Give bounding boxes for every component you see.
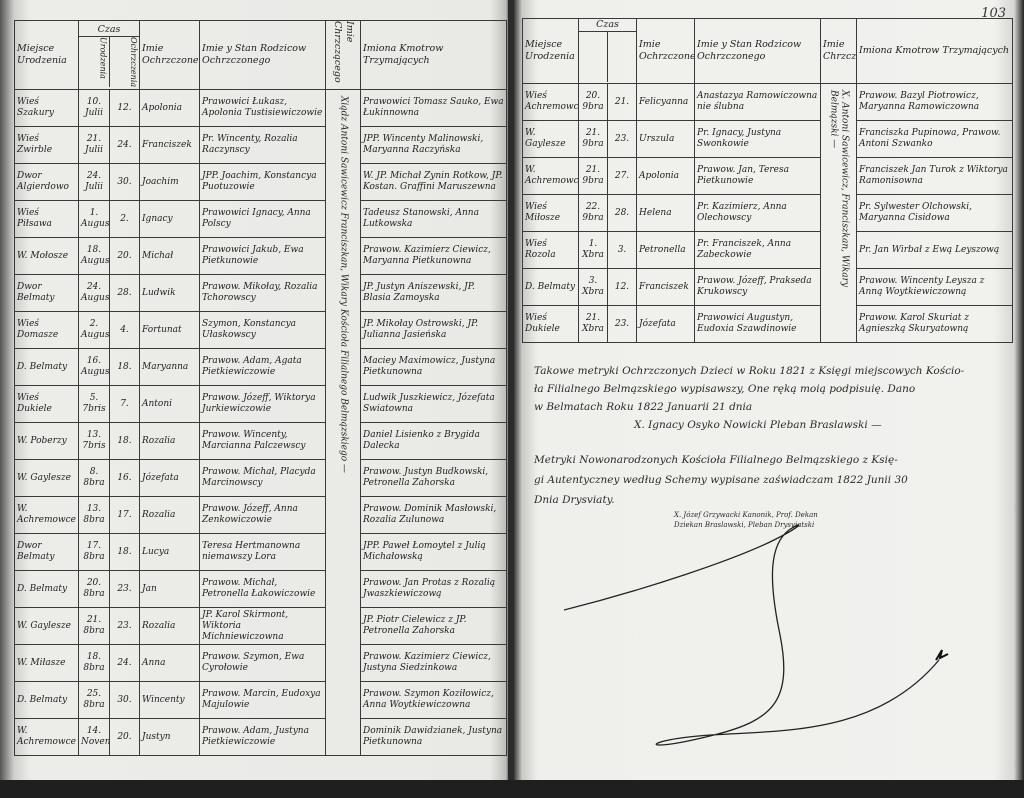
godparents-cell: Pr. Sylwester Olchowski, Maryanna Cisido…: [857, 195, 1013, 232]
child-name-cell: Rozalia: [140, 608, 200, 645]
table-row: W. Achremowce13. 8bra17.RozaliaPrawow. J…: [15, 497, 507, 534]
parents-cell: Pr. Franciszek, Anna Zabeckowie: [695, 232, 821, 269]
child-name-cell: Helena: [637, 195, 695, 232]
child-name-cell: Franciszek: [637, 269, 695, 306]
child-name-cell: Petronella: [637, 232, 695, 269]
child-name-cell: Rozalia: [140, 497, 200, 534]
table-row: D. Belmaty20. 8bra23.JanPrawow. Michał, …: [15, 571, 507, 608]
col-godparents-header: Imiona Kmotrow Trzymających: [857, 19, 1013, 84]
table-row: Wieś Domasze2. Augusta4.FortunatSzymon, …: [15, 312, 507, 349]
table-row: W. Gaylesze21. 9bra23.UrszulaPr. Ignacy,…: [523, 121, 1013, 158]
col-godparents-header: Imiona Kmotrow Trzymających: [361, 21, 507, 90]
birth-date-cell: 18. 8bra: [79, 645, 110, 682]
col-child-header: Imie Ochrzczonego: [637, 19, 695, 84]
place-cell: D. Belmaty: [15, 571, 79, 608]
place-cell: W. Poberzy: [15, 423, 79, 460]
child-name-cell: Felicyanna: [637, 84, 695, 121]
child-name-cell: Justyn: [140, 719, 200, 756]
revision-note: Metryki Nowonarodzonych Kościoła Filialn…: [534, 450, 1019, 530]
child-name-cell: Michał: [140, 238, 200, 275]
baptism-date-cell: 23.: [608, 306, 637, 343]
time-label: Czas: [579, 19, 636, 32]
col-parents-header: Imie y Stan Rodzicow Ochrzczonego: [200, 21, 326, 90]
godparents-cell: Prawow. Kazimierz Ciewicz, Justyna Siedz…: [361, 645, 507, 682]
parents-cell: Prawow. Adam, Justyna Pietkiewiczowie: [200, 719, 326, 756]
col-baptizer-header: Imie Chrzczącego: [821, 19, 857, 84]
place-cell: D. Belmaty: [15, 349, 79, 386]
birth-date-cell: 3. Xbra: [579, 269, 608, 306]
birth-date-cell: 13. 8bra: [79, 497, 110, 534]
parents-cell: Prawow. Marcin, Eudoxya Majulowie: [200, 682, 326, 719]
child-name-cell: Lucya: [140, 534, 200, 571]
parents-cell: Prawow. Adam, Agata Pietkiewiczowie: [200, 349, 326, 386]
birth-date-cell: 21. 9bra: [579, 158, 608, 195]
child-name-cell: Jan: [140, 571, 200, 608]
birth-date-cell: 21. 9bra: [579, 121, 608, 158]
col-time-header: Czas Urodzenia Ochrzczenia: [79, 21, 140, 90]
place-cell: W. Gaylesze: [523, 121, 579, 158]
child-name-cell: Joachim: [140, 164, 200, 201]
birth-date-cell: 5. 7bris: [79, 386, 110, 423]
baptism-date-cell: 2.: [110, 201, 140, 238]
godparents-cell: Maciey Maximowicz, Justyna Pietkunowna: [361, 349, 507, 386]
parents-cell: Anastazya Ramowiczowna nie ślubna: [695, 84, 821, 121]
birth-date-cell: 13. 7bris: [79, 423, 110, 460]
child-name-cell: Józefata: [140, 460, 200, 497]
baptism-date-cell: 24.: [110, 127, 140, 164]
parents-cell: JP. Karol Skirmont, Wiktoria Michniewicz…: [200, 608, 326, 645]
child-name-cell: Wincenty: [140, 682, 200, 719]
place-cell: Dwor Belmaty: [15, 275, 79, 312]
birth-date-cell: 10. Julii: [79, 90, 110, 127]
godparents-cell: JP. Justyn Aniszewski, JP. Blasia Zamoys…: [361, 275, 507, 312]
header-row: Miejsce Urodzenia Czas Urodzenia Ochrzcz…: [15, 21, 507, 90]
parents-cell: Prawow. Szymon, Ewa Cyrołowie: [200, 645, 326, 682]
godparents-cell: Daniel Lisienko z Brygida Dalecka: [361, 423, 507, 460]
place-cell: Wieś Zwirble: [15, 127, 79, 164]
parents-cell: Prawow. Józeff, Anna Zenkowiczowie: [200, 497, 326, 534]
table-row: W. Achremowce21. 9bra27.ApoloniaPrawow. …: [523, 158, 1013, 195]
parents-cell: Prawow. Józeff, Wiktorya Jurkiewiczowie: [200, 386, 326, 423]
table-row: Dwor Algierdowo24. Julii30.JoachimJPP. J…: [15, 164, 507, 201]
baptism-date-cell: 27.: [608, 158, 637, 195]
child-name-cell: Franciszek: [140, 127, 200, 164]
certification-note: Takowe metryki Ochrzczonych Dzieci w Rok…: [534, 362, 1014, 434]
place-cell: Wieś Domasze: [15, 312, 79, 349]
table-row: Wieś Achremowce20. 9bra21.FelicyannaAnas…: [523, 84, 1013, 121]
godparents-cell: JPP. Wincenty Malinowski, Maryanna Raczy…: [361, 127, 507, 164]
baptism-date-cell: 23.: [110, 571, 140, 608]
child-name-cell: Fortunat: [140, 312, 200, 349]
birth-date-cell: 16. Augusta: [79, 349, 110, 386]
parents-cell: Pr. Wincenty, Rozalia Raczynscy: [200, 127, 326, 164]
table-row: Wieś Zwirble21. Julii24.FranciszekPr. Wi…: [15, 127, 507, 164]
place-cell: Wieś Szakury: [15, 90, 79, 127]
cert-signature: X. Ignacy Osyko Nowicki Pleban Braslawsk…: [534, 416, 1014, 434]
cert-line: ła Filialnego Belmązskiego wypisawszy, O…: [534, 380, 1014, 398]
baptism-label: Ochrzczenia: [110, 37, 140, 87]
place-cell: D. Belmaty: [15, 682, 79, 719]
left-page: Miejsce Urodzenia Czas Urodzenia Ochrzcz…: [0, 0, 510, 798]
col-time-header: Czas: [579, 19, 637, 84]
col-parents-header: Imie y Stan Rodzicow Ochrzczonego: [695, 19, 821, 84]
godparents-cell: Franciszek Jan Turok z Wiktorya Ramoniso…: [857, 158, 1013, 195]
baptism-date-cell: 7.: [110, 386, 140, 423]
table-row: Wieś Dukiele5. 7bris7.AntoniPrawow. Józe…: [15, 386, 507, 423]
parents-cell: Teresa Hertmanowna niemawszy Lora: [200, 534, 326, 571]
birth-date-cell: 21. Julii: [79, 127, 110, 164]
place-cell: Dwor Belmaty: [15, 534, 79, 571]
left-register-body: Wieś Szakury10. Julii12.ApoloniaPrawowic…: [15, 90, 507, 756]
table-row: Wieś Rozola1. Xbra3.PetronellaPr. Franci…: [523, 232, 1013, 269]
table-row: Wieś Miłosze22. 9bra28.HelenaPr. Kazimie…: [523, 195, 1013, 232]
child-name-cell: Apolonia: [140, 90, 200, 127]
place-cell: W. Gaylesze: [15, 460, 79, 497]
baptism-date-cell: 12.: [110, 90, 140, 127]
godparents-cell: Prawow. Justyn Budkowski, Petronella Zah…: [361, 460, 507, 497]
header-row: Miejsce Urodzenia Czas Imie Ochrzczonego…: [523, 19, 1013, 84]
child-name-cell: Ignacy: [140, 201, 200, 238]
revision-line: Metryki Nowonarodzonych Kościoła Filialn…: [534, 450, 1019, 470]
table-row: Wieś Dukiele21. Xbra23.JózefataPrawowici…: [523, 306, 1013, 343]
godparents-cell: Prawow. Szymon Koziłowicz, Anna Woytkiew…: [361, 682, 507, 719]
col-place-header: Miejsce Urodzenia: [523, 19, 579, 84]
godparents-cell: Ludwik Juszkiewicz, Józefata Swiatowna: [361, 386, 507, 423]
birth-date-cell: 21. 8bra: [79, 608, 110, 645]
cert-line: Takowe metryki Ochrzczonych Dzieci w Rok…: [534, 362, 1014, 380]
birth-date-cell: 2. Augusta: [79, 312, 110, 349]
baptism-date-cell: 30.: [110, 164, 140, 201]
book-bottom-edge: [0, 780, 1024, 798]
baptism-date-cell: 17.: [110, 497, 140, 534]
table-row: W. Mołosze18. Augusta20.MichałPrawowici …: [15, 238, 507, 275]
place-cell: Wieś Miłosze: [523, 195, 579, 232]
birth-date-cell: 8. 8bra: [79, 460, 110, 497]
revision-line: Dnia Drysviaty.: [534, 490, 1019, 510]
godparents-cell: Prawow. Jan Protas z Rozalią Jwaszkiewic…: [361, 571, 507, 608]
godparents-cell: Pr. Jan Wirbał z Ewą Leyszową: [857, 232, 1013, 269]
godparents-cell: W. JP. Michał Zynin Rotkow, JP. Kostan. …: [361, 164, 507, 201]
godparents-cell: Tadeusz Stanowski, Anna Lutkowska: [361, 201, 507, 238]
child-name-cell: Anna: [140, 645, 200, 682]
parents-cell: Prawow. Michał, Petronella Łakowiczowie: [200, 571, 326, 608]
godparents-cell: Prawow. Wincenty Leysza z Anną Woytkiewi…: [857, 269, 1013, 306]
baptism-date-cell: 3.: [608, 232, 637, 269]
baptism-date-cell: 21.: [608, 84, 637, 121]
godparents-cell: Franciszka Pupinowa, Prawow. Antoni Szwa…: [857, 121, 1013, 158]
table-row: W. Miłasze18. 8bra24.AnnaPrawow. Szymon,…: [15, 645, 507, 682]
baptism-date-cell: 30.: [110, 682, 140, 719]
parents-cell: Prawowici Jakub, Ewa Pietkunowie: [200, 238, 326, 275]
baptism-date-cell: 20.: [110, 719, 140, 756]
right-register-body: Wieś Achremowce20. 9bra21.FelicyannaAnas…: [523, 84, 1013, 343]
baptism-date-cell: 16.: [110, 460, 140, 497]
baptism-date-cell: 28.: [608, 195, 637, 232]
child-name-cell: Ludwik: [140, 275, 200, 312]
godparents-cell: Prawowici Tomasz Sauko, Ewa Łukinnowna: [361, 90, 507, 127]
birth-date-cell: 24. Julii: [79, 164, 110, 201]
place-cell: Wieś Achremowce: [523, 84, 579, 121]
godparents-cell: JP. Piotr Cielewicz z JP. Petronella Zah…: [361, 608, 507, 645]
birth-date-cell: 1. Augusta: [79, 201, 110, 238]
place-cell: Dwor Algierdowo: [15, 164, 79, 201]
birth-date-cell: 17. 8bra: [79, 534, 110, 571]
left-register-table: Miejsce Urodzenia Czas Urodzenia Ochrzcz…: [14, 20, 507, 756]
child-name-cell: Antoni: [140, 386, 200, 423]
col-baptizer-header: Imie Chrzczącego: [326, 21, 361, 90]
parents-cell: Pr. Ignacy, Justyna Swonkowie: [695, 121, 821, 158]
parents-cell: Prawowici Ignacy, Anna Polscy: [200, 201, 326, 238]
godparents-cell: Prawow. Dominik Masłowski, Rozalia Zulun…: [361, 497, 507, 534]
place-cell: W. Achremowce: [15, 497, 79, 534]
baptism-date-cell: 20.: [110, 238, 140, 275]
place-cell: D. Belmaty: [523, 269, 579, 306]
baptism-date-cell: 18.: [110, 534, 140, 571]
table-row: Wieś Piłsawa1. Augusta2.IgnacyPrawowici …: [15, 201, 507, 238]
table-row: Wieś Szakury10. Julii12.ApoloniaPrawowic…: [15, 90, 507, 127]
table-row: W. Achremowce14. Novembris20.JustynPrawo…: [15, 719, 507, 756]
baptism-date-cell: 18.: [110, 423, 140, 460]
parents-cell: Pr. Kazimierz, Anna Olechowscy: [695, 195, 821, 232]
place-cell: Wieś Dukiele: [523, 306, 579, 343]
birth-date-cell: 20. 9bra: [579, 84, 608, 121]
col-child-header: Imie Ochrzczonego: [140, 21, 200, 90]
col-place-header: Miejsce Urodzenia: [15, 21, 79, 90]
baptism-date-cell: 4.: [110, 312, 140, 349]
birth-date-cell: 22. 9bra: [579, 195, 608, 232]
table-row: D. Belmaty16. Augusta18.MaryannaPrawow. …: [15, 349, 507, 386]
revision-signature-1: X. Józef Grzywacki Kanonik, Prof. Dekan: [534, 510, 1019, 520]
place-cell: W. Gaylesze: [15, 608, 79, 645]
table-row: W. Gaylesze8. 8bra16.JózefataPrawow. Mic…: [15, 460, 507, 497]
godparents-cell: Dominik Dawidzianek, Justyna Pietkunowna: [361, 719, 507, 756]
parents-cell: Prawowici Augustyn, Eudoxia Szawdinowie: [695, 306, 821, 343]
godparents-cell: JPP. Paweł Łomoytel z Julią Michałowską: [361, 534, 507, 571]
parents-cell: Prawow. Mikołay, Rozalia Tchorowscy: [200, 275, 326, 312]
baptism-date-cell: 28.: [110, 275, 140, 312]
parents-cell: Prawow. Wincenty, Marcianna Palczewscy: [200, 423, 326, 460]
godparents-cell: JP. Mikołay Ostrowski, JP. Julianna Jasi…: [361, 312, 507, 349]
cert-line: w Belmatach Roku 1822 Januarii 21 dnia: [534, 398, 1014, 416]
child-name-cell: Rozalia: [140, 423, 200, 460]
baptizer-cell: Xiądz Antoni Sawicewicz Franciszkan, Wik…: [326, 90, 361, 756]
birth-date-cell: 21. Xbra: [579, 306, 608, 343]
table-row: D. Belmaty25. 8bra30.WincentyPrawow. Mar…: [15, 682, 507, 719]
birth-date-cell: 24. August.: [79, 275, 110, 312]
parents-cell: Prawow. Jan, Teresa Pietkunowie: [695, 158, 821, 195]
table-row: W. Gaylesze21. 8bra23.RozaliaJP. Karol S…: [15, 608, 507, 645]
table-row: Dwor Belmaty17. 8bra18.LucyaTeresa Hertm…: [15, 534, 507, 571]
time-label: Czas: [79, 24, 139, 37]
table-row: Dwor Belmaty24. August.28.LudwikPrawow. …: [15, 275, 507, 312]
place-cell: Wieś Piłsawa: [15, 201, 79, 238]
child-name-cell: Apolonia: [637, 158, 695, 195]
baptism-date-cell: 23.: [110, 608, 140, 645]
parents-cell: Prawow. Michał, Placyda Marcinowscy: [200, 460, 326, 497]
child-name-cell: Urszula: [637, 121, 695, 158]
birth-date-cell: 25. 8bra: [79, 682, 110, 719]
place-cell: W. Miłasze: [15, 645, 79, 682]
parents-cell: JPP. Joachim, Konstancya Puotuzowie: [200, 164, 326, 201]
right-register-table: Miejsce Urodzenia Czas Imie Ochrzczonego…: [522, 18, 1013, 343]
birth-date-cell: 20. 8bra: [79, 571, 110, 608]
signature-flourish-icon: [564, 520, 984, 760]
baptism-date-cell: 18.: [110, 349, 140, 386]
parents-cell: Prawow. Józeff, Prakseda Krukowscy: [695, 269, 821, 306]
place-cell: Wieś Rozola: [523, 232, 579, 269]
child-name-cell: Maryanna: [140, 349, 200, 386]
place-cell: W. Achremowce: [15, 719, 79, 756]
table-row: W. Poberzy13. 7bris18.RozaliaPrawow. Win…: [15, 423, 507, 460]
baptism-date-cell: 24.: [110, 645, 140, 682]
place-cell: W. Achremowce: [523, 158, 579, 195]
godparents-cell: Prawow. Kazimierz Ciewicz, Maryanna Piet…: [361, 238, 507, 275]
place-cell: Wieś Dukiele: [15, 386, 79, 423]
birth-date-cell: 18. Augusta: [79, 238, 110, 275]
baptizer-cell: X. Antoni Sawicewicz, Franciszkan, Wikar…: [821, 84, 857, 343]
baptism-date-cell: 12.: [608, 269, 637, 306]
revision-line: gi Autentyczney według Schemy wypisane z…: [534, 470, 1019, 490]
birth-date-cell: 14. Novembris: [79, 719, 110, 756]
godparents-cell: Prawow. Bazyl Piotrowicz, Maryanna Ramow…: [857, 84, 1013, 121]
right-page: 103 Miejsce Urodzenia Czas Imie Ochrzczo…: [514, 0, 1024, 798]
birth-date-cell: 1. Xbra: [579, 232, 608, 269]
baptism-date-cell: 23.: [608, 121, 637, 158]
place-cell: W. Mołosze: [15, 238, 79, 275]
parents-cell: Prawowici Łukasz, Apolonia Tustisiewiczo…: [200, 90, 326, 127]
child-name-cell: Józefata: [637, 306, 695, 343]
godparents-cell: Prawow. Karol Skuriat z Agnieszką Skurya…: [857, 306, 1013, 343]
table-row: D. Belmaty3. Xbra12.FranciszekPrawow. Jó…: [523, 269, 1013, 306]
birth-label: Urodzenia: [79, 37, 110, 87]
parents-cell: Szymon, Konstancya Ułaskowscy: [200, 312, 326, 349]
